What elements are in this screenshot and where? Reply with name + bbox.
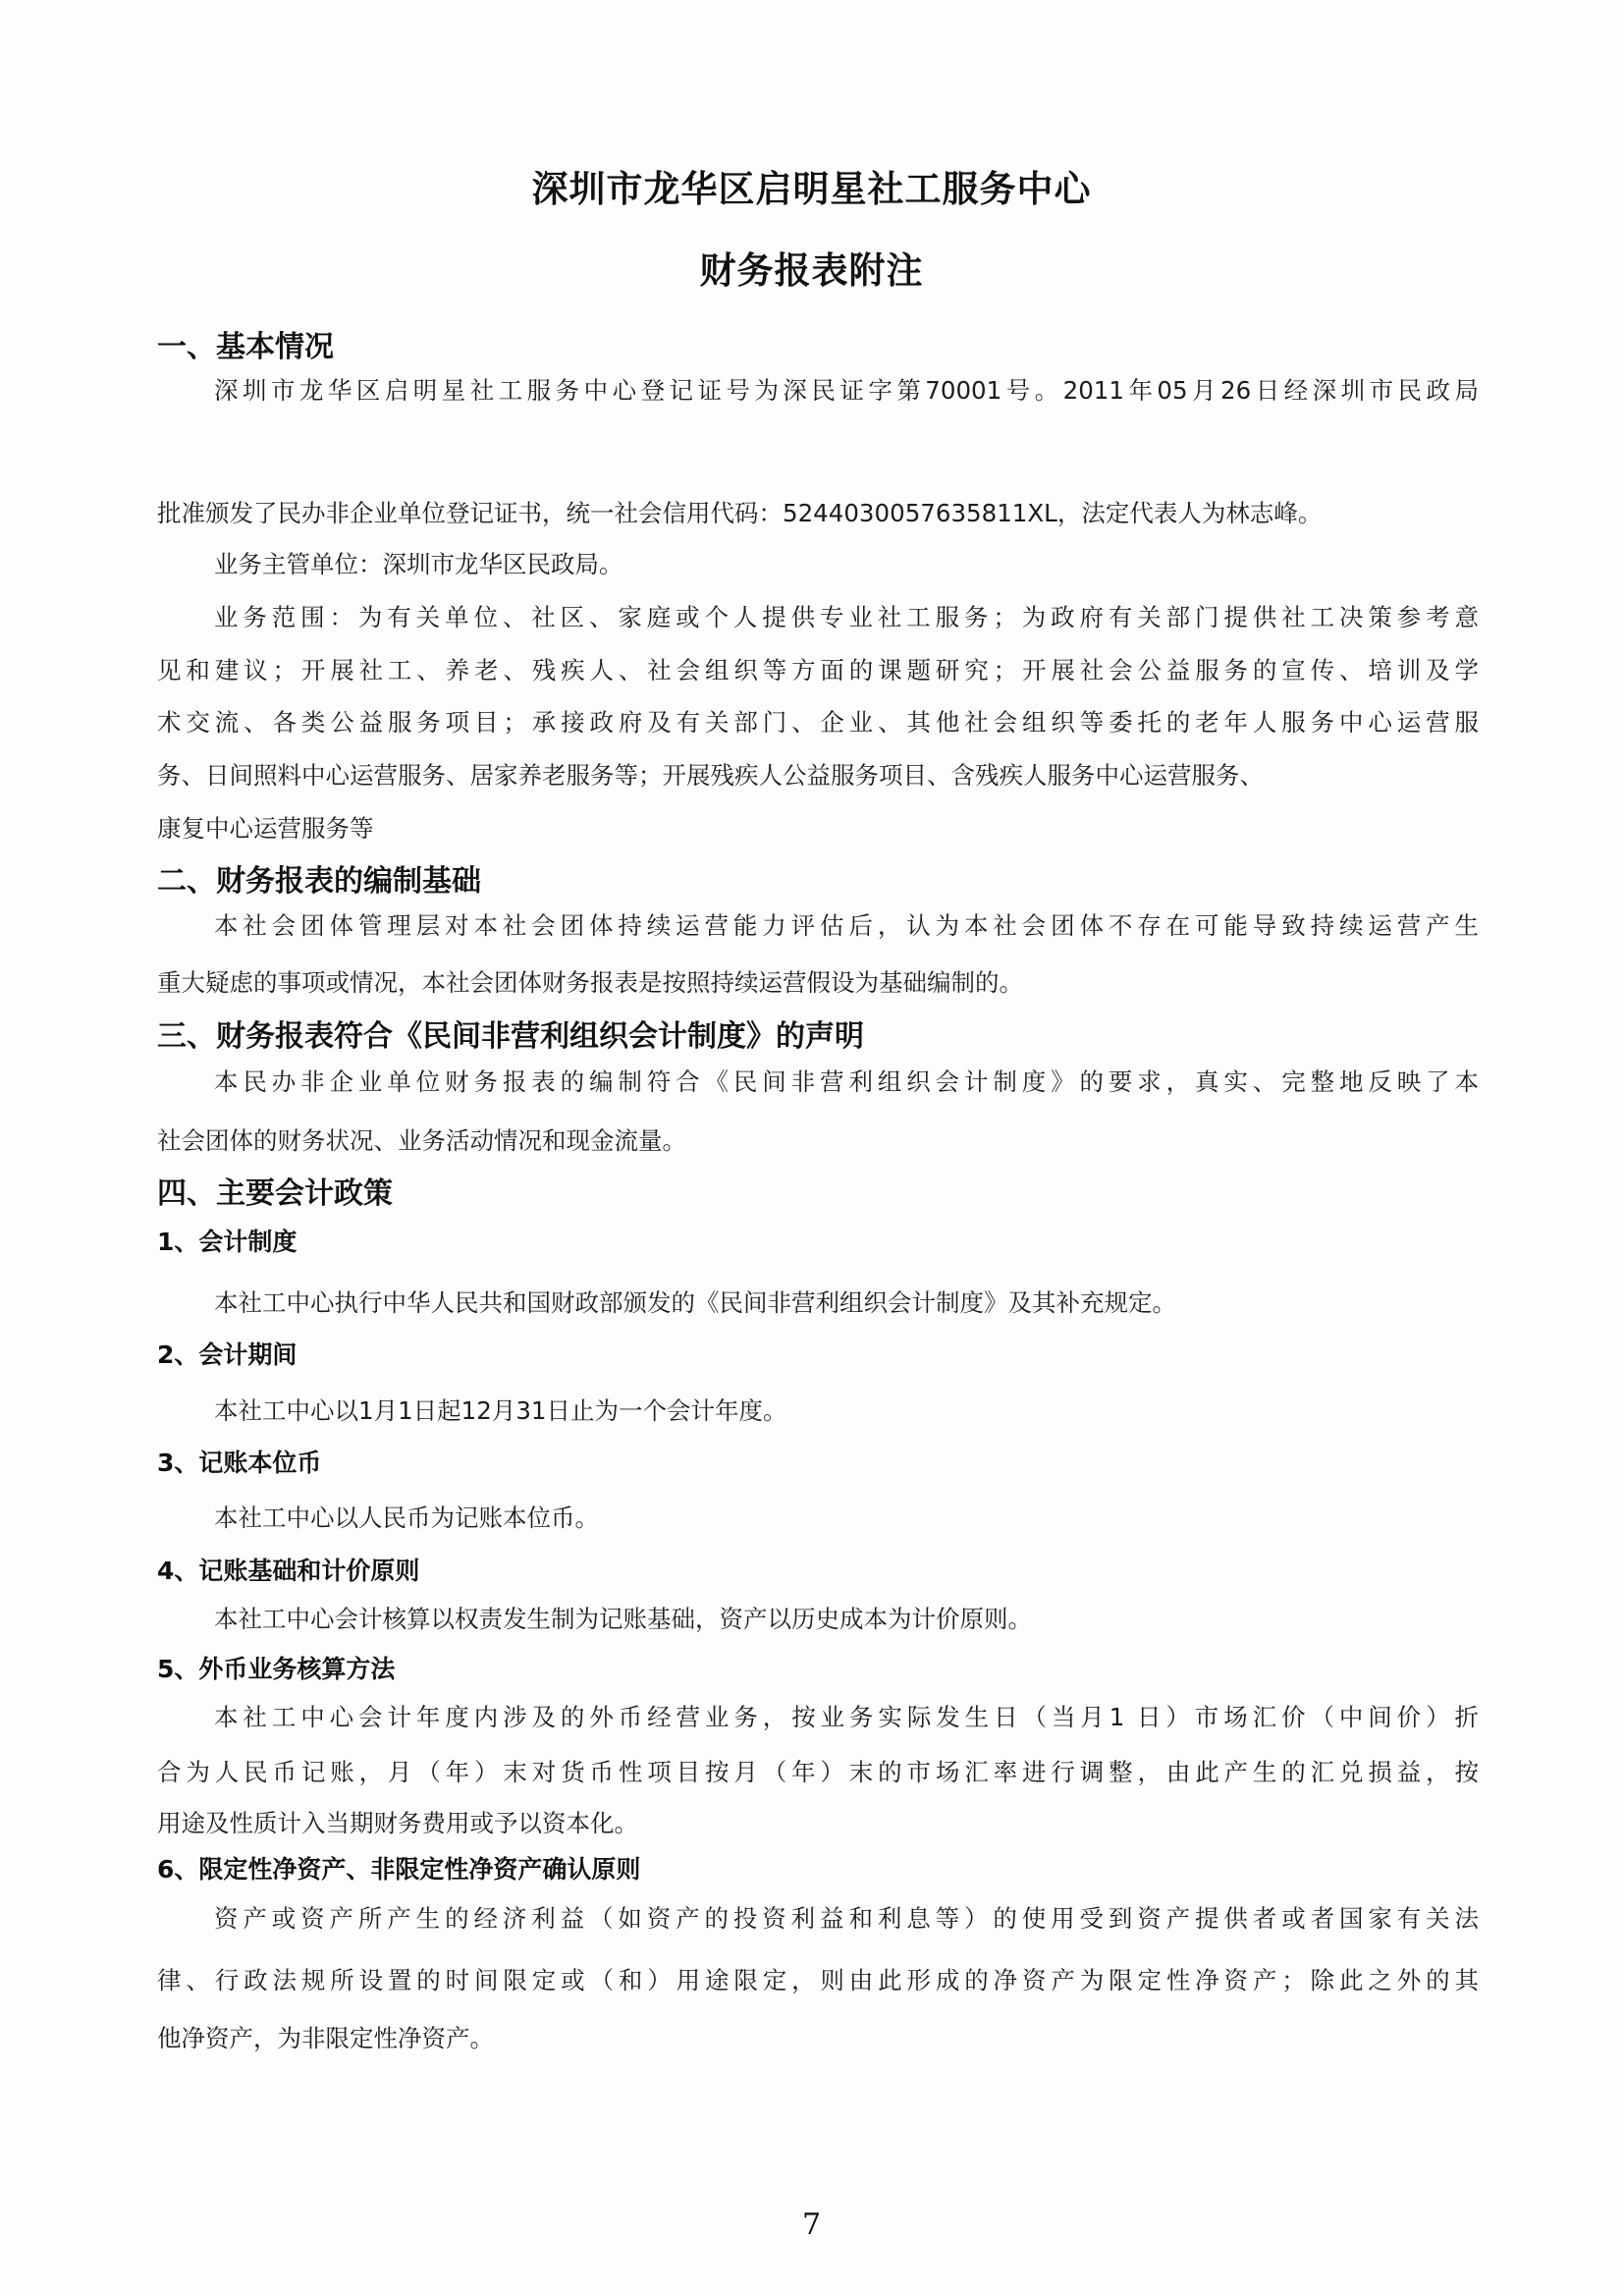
paragraph-line: 本社会团体管理层对本社会团体持续运营能力评估后，认为本社会团体不存在可能导致持续… (214, 907, 1479, 942)
document-page: 深圳市龙华区启明星社工服务中心 财务报表附注 一、基本情况 深圳市龙华区启明星社… (0, 0, 1623, 2296)
paragraph-line: 批准颁发了民办非企业单位登记证书，统一社会信用代码：52440300576358… (157, 495, 1322, 529)
org-title: 深圳市龙华区启明星社工服务中心 (0, 159, 1623, 212)
subsection-heading: 4、记账基础和计价原则 (157, 1552, 419, 1587)
paragraph-line: 本社工中心会计核算以权责发生制为记账基础，资产以历史成本为计价原则。 (214, 1601, 1032, 1635)
paragraph-line: 务、日间照料中心运营服务、居家养老服务等；开展残疾人公益服务项目、含残疾人服务中… (157, 757, 1264, 792)
paragraph-line: 业务范围：为有关单位、社区、家庭或个人提供专业社工服务；为政府有关部门提供社工决… (214, 599, 1479, 633)
paragraph-line: 深圳市龙华区启明星社工服务中心登记证号为深民证字第70001号。2011年05月… (214, 372, 1479, 407)
paragraph-line: 术交流、各类公益服务项目；承接政府及有关部门、企业、其他社会组织等委托的老年人服… (157, 704, 1479, 738)
subsection-heading: 1、会计制度 (157, 1223, 297, 1258)
subsection-heading: 2、会计期间 (157, 1336, 297, 1371)
paragraph-line: 他净资产，为非限定性净资产。 (157, 2020, 494, 2054)
paragraph-line: 资产或资产所产生的经济利益（如资产的投资利益和利息等）的使用受到资产提供者或者国… (214, 1900, 1479, 1935)
subsection-heading: 3、记账本位币 (157, 1444, 321, 1479)
paragraph-line: 见和建议；开展社工、养老、残疾人、社会组织等方面的课题研究；开展社会公益服务的宣… (157, 652, 1479, 686)
paragraph-line: 本社工中心执行中华人民共和国财政部颁发的《民间非营利组织会计制度》及其补充规定。 (214, 1285, 1176, 1319)
paragraph-line: 合为人民币记账，月（年）末对货币性项目按月（年）末的市场汇率进行调整，由此产生的… (157, 1754, 1479, 1788)
paragraph-line: 本社工中心以1月1日起12月31日止为一个会计年度。 (214, 1393, 787, 1427)
section-heading-basic-info: 一、基本情况 (157, 322, 334, 365)
paragraph-line: 本社工中心以人民币为记账本位币。 (214, 1500, 599, 1534)
subsection-heading: 5、外币业务核算方法 (157, 1650, 395, 1685)
page-number: 7 (0, 2208, 1623, 2242)
paragraph-line: 律、行政法规所设置的时间限定或（和）用途限定，则由此形成的净资产为限定性净资产；… (157, 1962, 1479, 1996)
paragraph-line: 业务主管单位：深圳市龙华区民政局。 (214, 546, 623, 580)
paragraph-line: 重大疑虑的事项或情况，本社会团体财务报表是按照持续运营假设为基础编制的。 (157, 964, 1023, 999)
paragraph-line: 康复中心运营服务等 (157, 810, 374, 845)
subsection-heading: 6、限定性净资产、非限定性净资产确认原则 (157, 1850, 640, 1886)
document-title: 财务报表附注 (0, 241, 1623, 294)
paragraph-line: 本民办非企业单位财务报表的编制符合《民间非营利组织会计制度》的要求，真实、完整地… (214, 1064, 1479, 1098)
section-heading-preparation-basis: 二、财务报表的编制基础 (157, 856, 481, 900)
paragraph-line: 社会团体的财务状况、业务活动情况和现金流量。 (157, 1122, 686, 1157)
paragraph-line: 本社工中心会计年度内涉及的外币经营业务，按业务实际发生日（当月1 日）市场汇价（… (214, 1699, 1479, 1733)
section-heading-accounting-policies: 四、主要会计政策 (157, 1169, 393, 1212)
paragraph-line: 用途及性质计入当期财务费用或予以资本化。 (157, 1805, 638, 1839)
section-heading-compliance-statement: 三、财务报表符合《民间非营利组织会计制度》的声明 (157, 1011, 864, 1055)
